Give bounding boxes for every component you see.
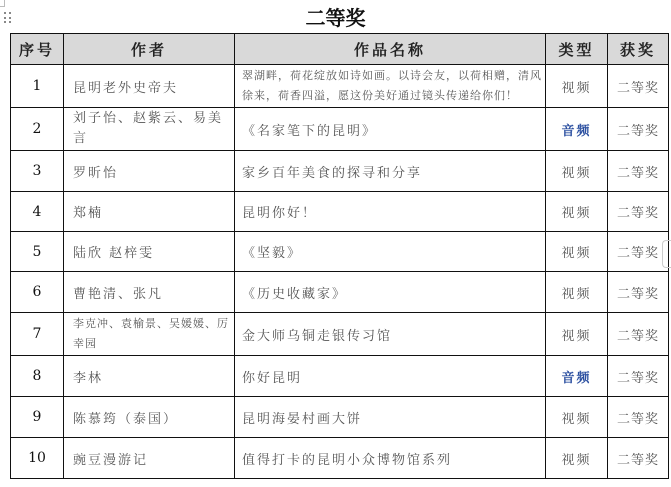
cell-author: 李克冲、袁榆景、吴媛媛、厉幸园 xyxy=(64,313,235,356)
cell-number: 6 xyxy=(11,272,64,313)
cell-work-title: 《名家笔下的昆明》 xyxy=(235,108,546,151)
cell-number: 1 xyxy=(11,65,64,108)
cell-author: 罗昕怡 xyxy=(64,151,235,192)
cell-author: 昆明老外史帝夫 xyxy=(64,65,235,108)
cell-type: 视频 xyxy=(546,272,608,313)
cell-award: 二等奖 xyxy=(608,272,669,313)
awards-table: 序号 作者 作品名称 类型 获奖 1 昆明老外史帝夫 翠湖畔，荷花绽放如诗如画。… xyxy=(10,33,669,479)
cell-work-title: 翠湖畔，荷花绽放如诗如画。以诗会友，以荷相赠，清风徐来，荷香四溢，愿这份美好通过… xyxy=(235,65,546,108)
cell-type: 音频 xyxy=(546,108,608,151)
cell-work-title: 家乡百年美食的探寻和分享 xyxy=(235,151,546,192)
cell-number: 7 xyxy=(11,313,64,356)
cell-award: 二等奖 xyxy=(608,438,669,479)
cell-award: 二等奖 xyxy=(608,232,669,272)
cell-work-title: 金大师乌铜走银传习馆 xyxy=(235,313,546,356)
cell-type: 视频 xyxy=(546,438,608,479)
cell-award: 二等奖 xyxy=(608,192,669,232)
header-number: 序号 xyxy=(11,34,64,65)
cell-work-title: 值得打卡的昆明小众博物馆系列 xyxy=(235,438,546,479)
cell-author: 陆欣 赵梓雯 xyxy=(64,232,235,272)
cell-type: 视频 xyxy=(546,232,608,272)
cell-type: 视频 xyxy=(546,397,608,438)
table-row: 10 豌豆漫游记 值得打卡的昆明小众博物馆系列 视频 二等奖 xyxy=(11,438,669,479)
table-row: 6 曹艳清、张凡 《历史收藏家》 视频 二等奖 xyxy=(11,272,669,313)
cell-award: 二等奖 xyxy=(608,397,669,438)
cell-type: 视频 xyxy=(546,151,608,192)
cell-number: 9 xyxy=(11,397,64,438)
table-row: 7 李克冲、袁榆景、吴媛媛、厉幸园 金大师乌铜走银传习馆 视频 二等奖 xyxy=(11,313,669,356)
cell-author: 曹艳清、张凡 xyxy=(64,272,235,313)
cell-author: 李林 xyxy=(64,356,235,397)
cell-work-title: 《历史收藏家》 xyxy=(235,272,546,313)
cell-award: 二等奖 xyxy=(608,356,669,397)
cell-work-title: 昆明海晏村画大饼 xyxy=(235,397,546,438)
cell-type: 视频 xyxy=(546,192,608,232)
cell-author: 陈慕筠（泰国） xyxy=(64,397,235,438)
cell-type: 视频 xyxy=(546,65,608,108)
cell-work-title: 你好昆明 xyxy=(235,356,546,397)
cell-type: 视频 xyxy=(546,313,608,356)
table-row: 2 刘子怡、赵紫云、易美言 《名家笔下的昆明》 音频 二等奖 xyxy=(11,108,669,151)
table-header-row: 序号 作者 作品名称 类型 获奖 xyxy=(11,34,669,65)
cell-number: 8 xyxy=(11,356,64,397)
header-author: 作者 xyxy=(64,34,235,65)
cell-award: 二等奖 xyxy=(608,151,669,192)
header-type: 类型 xyxy=(546,34,608,65)
cell-number: 5 xyxy=(11,232,64,272)
table-row: 9 陈慕筠（泰国） 昆明海晏村画大饼 视频 二等奖 xyxy=(11,397,669,438)
cell-author: 豌豆漫游记 xyxy=(64,438,235,479)
table-row: 3 罗昕怡 家乡百年美食的探寻和分享 视频 二等奖 xyxy=(11,151,669,192)
header-work-title: 作品名称 xyxy=(235,34,546,65)
cell-number: 2 xyxy=(11,108,64,151)
side-panel-tab[interactable] xyxy=(662,240,671,268)
cell-award: 二等奖 xyxy=(608,65,669,108)
cell-type: 音频 xyxy=(546,356,608,397)
cell-work-title: 昆明你好！ xyxy=(235,192,546,232)
cell-number: 4 xyxy=(11,192,64,232)
header-award: 获奖 xyxy=(608,34,669,65)
table-row: 5 陆欣 赵梓雯 《坚毅》 视频 二等奖 xyxy=(11,232,669,272)
cell-author: 郑楠 xyxy=(64,192,235,232)
table-row: 4 郑楠 昆明你好！ 视频 二等奖 xyxy=(11,192,669,232)
cell-author: 刘子怡、赵紫云、易美言 xyxy=(64,108,235,151)
cell-work-title: 《坚毅》 xyxy=(235,232,546,272)
cell-award: 二等奖 xyxy=(608,108,669,151)
table-row: 1 昆明老外史帝夫 翠湖畔，荷花绽放如诗如画。以诗会友，以荷相赠，清风徐来，荷香… xyxy=(11,65,669,108)
cell-award: 二等奖 xyxy=(608,313,669,356)
cell-number: 3 xyxy=(11,151,64,192)
table-row: 8 李林 你好昆明 音频 二等奖 xyxy=(11,356,669,397)
cell-number: 10 xyxy=(11,438,64,479)
page-title: 二等奖 xyxy=(0,5,671,31)
